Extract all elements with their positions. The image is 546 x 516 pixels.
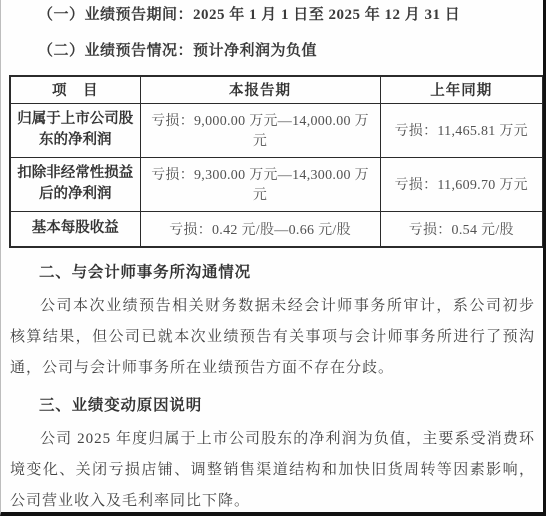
section-change-reasons-heading: 三、业绩变动原因说明 — [39, 396, 543, 416]
row-label-eps: 基本每股收益 — [10, 211, 140, 247]
col-header-prior-period: 上年同期 — [380, 76, 543, 103]
section-accountant-communication-heading: 二、与会计师事务所沟通情况 — [39, 263, 543, 283]
section-accountant-communication-body: 公司本次业绩预告相关财务数据未经会计师事务所审计，系公司初步核算结果，但公司已就… — [10, 291, 535, 384]
earnings-forecast-document: （一）业绩预告期间：2025 年 1 月 1 日至 2025 年 12 月 31… — [0, 0, 546, 516]
excl-nonrecurring-prior-value: 亏损：11,609.70 万元 — [380, 157, 543, 211]
eps-current-value: 亏损：0.42 元/股—0.66 元/股 — [140, 211, 380, 247]
section-change-reasons-body: 公司 2025 年度归属于上市公司股东的净利润为负值，主要系受消费环境变化、关闭… — [10, 424, 535, 516]
forecast-summary-line: （二）业绩预告情况：预计净利润为负值 — [38, 42, 543, 60]
forecast-period-line: （一）业绩预告期间：2025 年 1 月 1 日至 2025 年 12 月 31… — [38, 6, 543, 24]
row-label-net-profit: 归属于上市公司股东的净利润 — [10, 103, 140, 157]
table-header-row: 项 目 本报告期 上年同期 — [10, 76, 543, 103]
col-header-item: 项 目 — [10, 76, 140, 103]
col-header-current-period: 本报告期 — [140, 76, 380, 103]
forecast-table: 项 目 本报告期 上年同期 归属于上市公司股东的净利润 亏损：9,000.00 … — [9, 75, 544, 248]
table-row-eps: 基本每股收益 亏损：0.42 元/股—0.66 元/股 亏损：0.54 元/股 — [10, 211, 543, 247]
table-row-net-profit-excl-nonrecurring: 扣除非经常性损益后的净利润 亏损：9,300.00 万元—14,300.00 万… — [10, 157, 543, 211]
table-row-net-profit: 归属于上市公司股东的净利润 亏损：9,000.00 万元—14,000.00 万… — [10, 103, 543, 157]
excl-nonrecurring-current-value: 亏损：9,300.00 万元—14,300.00 万元 — [140, 157, 380, 211]
row-label-excl-nonrecurring: 扣除非经常性损益后的净利润 — [10, 157, 140, 211]
net-profit-current-value: 亏损：9,000.00 万元—14,000.00 万元 — [140, 103, 380, 157]
net-profit-prior-value: 亏损：11,465.81 万元 — [380, 103, 543, 157]
eps-prior-value: 亏损：0.54 元/股 — [380, 211, 543, 247]
